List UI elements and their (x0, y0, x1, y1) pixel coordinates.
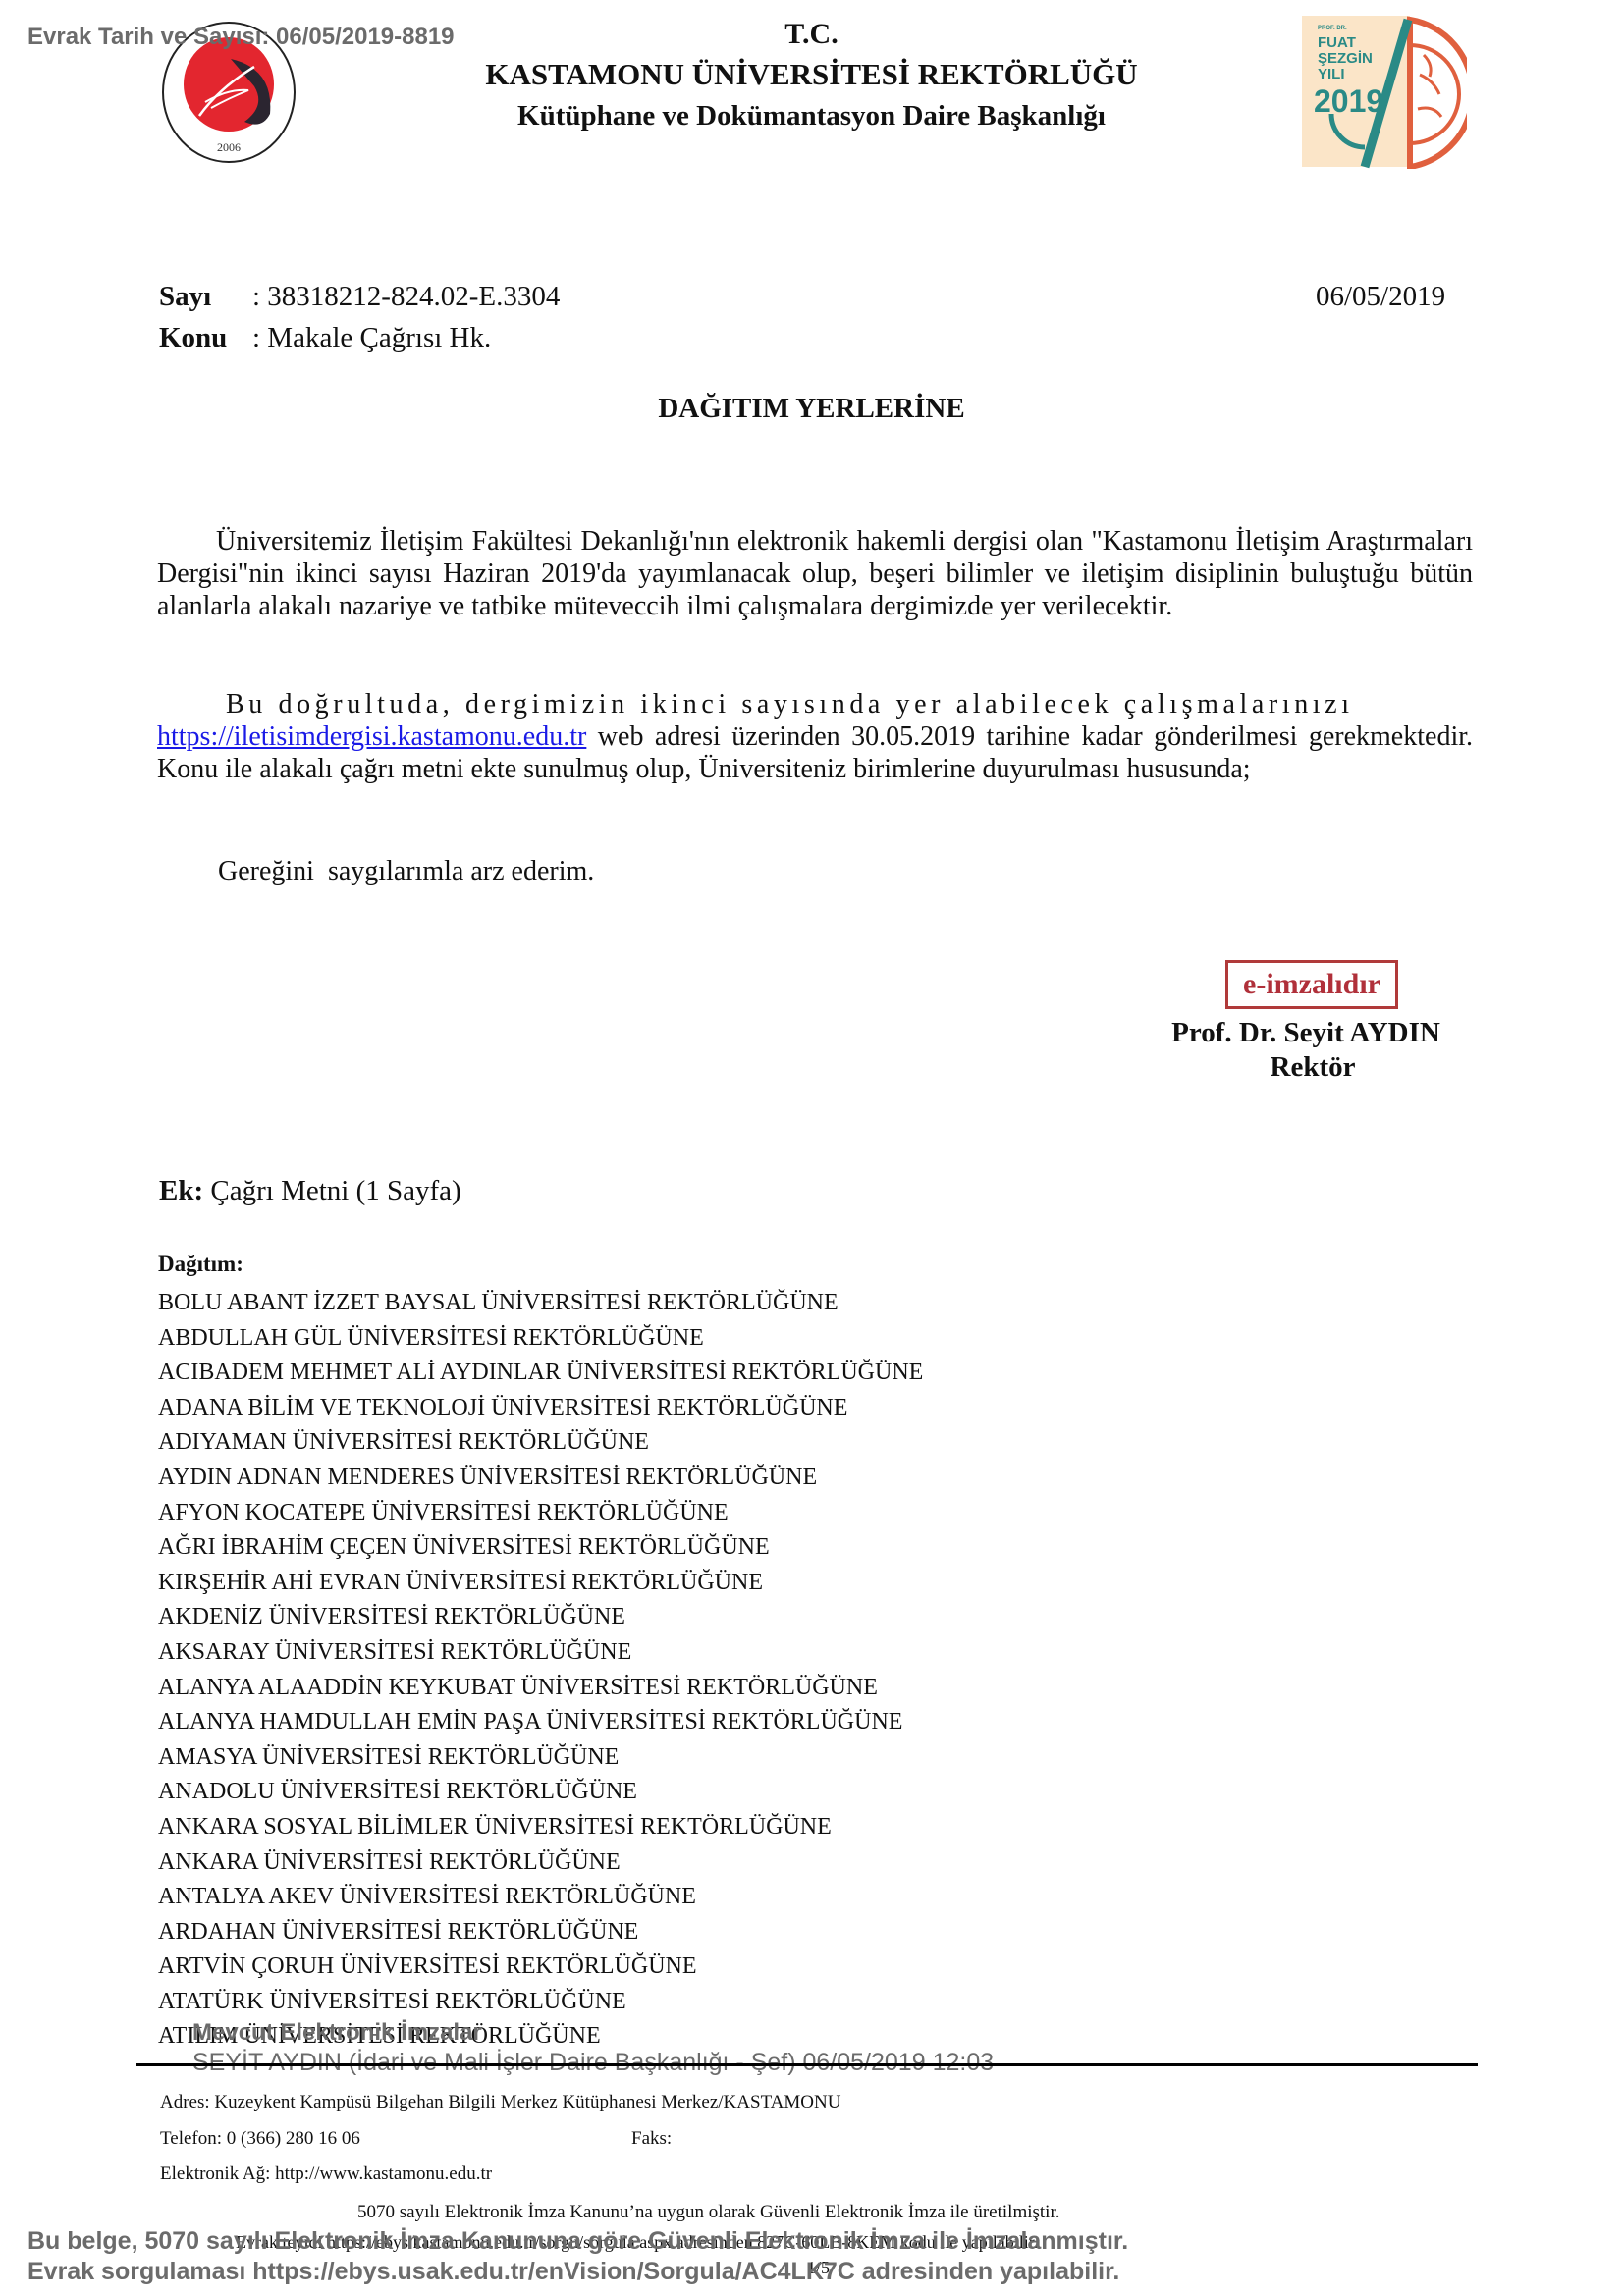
existing-signatures-heading: Mevcut Elektronik İmzalar (192, 2019, 482, 2047)
distribution-item: BOLU ABANT İZZET BAYSAL ÜNİVERSİTESİ REK… (158, 1286, 923, 1321)
journal-link[interactable]: https://iletisimdergisi.kastamonu.edu.tr (157, 721, 586, 752)
sayi-row: Sayı: 38318212-824.02-E.3304 (159, 281, 560, 313)
signer-title: Rektör (1136, 1051, 1489, 1084)
distribution-item: ADANA BİLİM VE TEKNOLOJİ ÜNİVERSİTESİ RE… (158, 1391, 923, 1426)
header-tc: T.C. (0, 18, 1623, 51)
distribution-item: AFYON KOCATEPE ÜNİVERSİTESİ REKTÖRLÜĞÜNE (158, 1496, 923, 1531)
distribution-list: BOLU ABANT İZZET BAYSAL ÜNİVERSİTESİ REK… (158, 1286, 923, 2055)
distribution-label: Dağıtım: (158, 1252, 243, 1277)
footer-esign-note: 5070 sayılı Elektronik İmza Kanunu’na uy… (357, 2202, 1060, 2223)
svg-text:2006: 2006 (217, 140, 241, 154)
body-paragraph-1: Üniversitemiz İletişim Fakültesi Dekanlı… (157, 525, 1473, 622)
legal-overlay-line1: Bu belge, 5070 sayılı Elektronik İmza Ka… (27, 2227, 1128, 2256)
sayi-label: Sayı (159, 281, 252, 313)
footer-address: Adres: Kuzeykent Kampüsü Bilgehan Bilgil… (160, 2092, 840, 2113)
distribution-item: AMASYA ÜNİVERSİTESİ REKTÖRLÜĞÜNE (158, 1740, 923, 1776)
para2-first-line: Bu doğrultuda, dergimizin ikinci sayısın… (157, 688, 1473, 721)
konu-value: : Makale Çağrısı Hk. (252, 322, 491, 353)
footer-divider (136, 2063, 1478, 2066)
attachment-line: Ek: Çağrı Metni (1 Sayfa) (159, 1175, 461, 1207)
footer-phone: Telefon: 0 (366) 280 16 06 (160, 2128, 360, 2150)
header-department: Kütüphane ve Dokümantasyon Daire Başkanl… (0, 100, 1623, 133)
body-paragraph-2: Bu doğrultuda, dergimizin ikinci sayısın… (157, 688, 1473, 785)
distribution-item: AYDIN ADNAN MENDERES ÜNİVERSİTESİ REKTÖR… (158, 1461, 923, 1496)
attachment-label: Ek: (159, 1175, 203, 1206)
distribution-item: ARTVİN ÇORUH ÜNİVERSİTESİ REKTÖRLÜĞÜNE (158, 1949, 923, 1985)
header-university: KASTAMONU ÜNİVERSİTESİ REKTÖRLÜĞÜ (0, 57, 1623, 92)
distribution-item: ANADOLU ÜNİVERSİTESİ REKTÖRLÜĞÜNE (158, 1775, 923, 1810)
distribution-item: ATATÜRK ÜNİVERSİTESİ REKTÖRLÜĞÜNE (158, 1985, 923, 2020)
footer-web: Elektronik Ağ: http://www.kastamonu.edu.… (160, 2163, 492, 2185)
distribution-item: AKSARAY ÜNİVERSİTESİ REKTÖRLÜĞÜNE (158, 1635, 923, 1671)
recipient-heading: DAĞITIM YERLERİNE (0, 393, 1623, 425)
footer-fax: Faks: (631, 2128, 672, 2150)
distribution-item: ANKARA ÜNİVERSİTESİ REKTÖRLÜĞÜNE (158, 1845, 923, 1881)
distribution-item: ANTALYA AKEV ÜNİVERSİTESİ REKTÖRLÜĞÜNE (158, 1880, 923, 1915)
closing-text: Gereğini saygılarımla arz ederim. (218, 856, 594, 887)
distribution-item: ACIBADEM MEHMET ALİ AYDINLAR ÜNİVERSİTES… (158, 1356, 923, 1391)
distribution-item: ALANYA HAMDULLAH EMİN PAŞA ÜNİVERSİTESİ … (158, 1705, 923, 1740)
konu-row: Konu: Makale Çağrısı Hk. (159, 322, 491, 354)
attachment-value: Çağrı Metni (1 Sayfa) (203, 1175, 461, 1206)
konu-label: Konu (159, 322, 252, 354)
distribution-item: ARDAHAN ÜNİVERSİTESİ REKTÖRLÜĞÜNE (158, 1915, 923, 1950)
distribution-item: ABDULLAH GÜL ÜNİVERSİTESİ REKTÖRLÜĞÜNE (158, 1321, 923, 1357)
legal-overlay-line2: Evrak sorgulaması https://ebys.usak.edu.… (27, 2258, 1119, 2286)
document-date: 06/05/2019 (1316, 281, 1445, 313)
distribution-item: ALANYA ALAADDİN KEYKUBAT ÜNİVERSİTESİ RE… (158, 1671, 923, 1706)
distribution-item: ANKARA SOSYAL BİLİMLER ÜNİVERSİTESİ REKT… (158, 1810, 923, 1845)
sayi-value: : 38318212-824.02-E.3304 (252, 281, 560, 312)
distribution-item: AKDENİZ ÜNİVERSİTESİ REKTÖRLÜĞÜNE (158, 1600, 923, 1635)
distribution-item: ADIYAMAN ÜNİVERSİTESİ REKTÖRLÜĞÜNE (158, 1425, 923, 1461)
e-signature-stamp: e-imzalıdır (1225, 960, 1398, 1009)
signer-name: Prof. Dr. Seyit AYDIN (1129, 1017, 1483, 1049)
distribution-item: AĞRI İBRAHİM ÇEÇEN ÜNİVERSİTESİ REKTÖRLÜ… (158, 1530, 923, 1566)
distribution-item: KIRŞEHİR AHİ EVRAN ÜNİVERSİTESİ REKTÖRLÜ… (158, 1566, 923, 1601)
